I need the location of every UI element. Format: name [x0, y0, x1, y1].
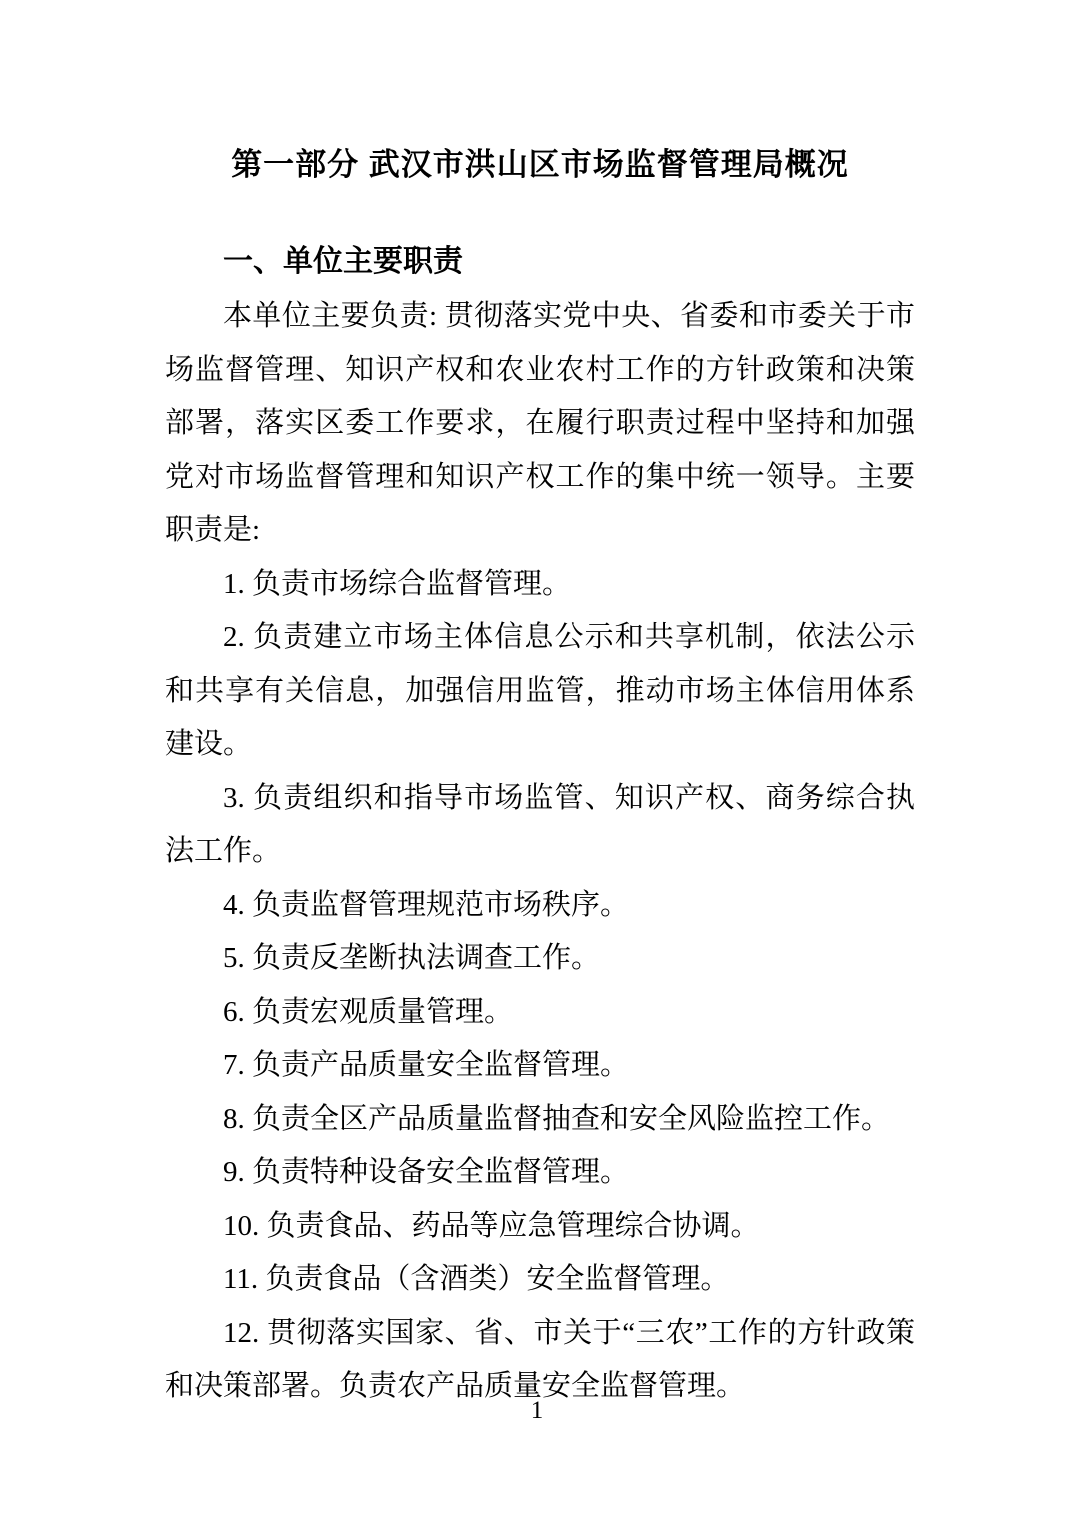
page-content: 第一部分 武汉市洪山区市场监督管理局概况 一、单位主要职责 本单位主要负责: 贯…	[165, 0, 915, 1414]
duty-item-6: 6. 负责宏观质量管理。	[165, 986, 915, 1040]
duty-item-7: 7. 负责产品质量安全监督管理。	[165, 1039, 915, 1093]
intro-paragraph: 本单位主要负责: 贯彻落实党中央、省委和市委关于市场监督管理、知识产权和农业农村…	[165, 290, 915, 558]
section-heading: 一、单位主要职责	[165, 242, 915, 282]
duty-item-2: 2. 负责建立市场主体信息公示和共享机制，依法公示和共享有关信息，加强信用监管，…	[165, 611, 915, 772]
duty-item-5: 5. 负责反垄断执法调查工作。	[165, 932, 915, 986]
duty-item-3: 3. 负责组织和指导市场监管、知识产权、商务综合执法工作。	[165, 772, 915, 879]
duty-item-9: 9. 负责特种设备安全监督管理。	[165, 1146, 915, 1200]
body-text: 本单位主要负责: 贯彻落实党中央、省委和市委关于市场监督管理、知识产权和农业农村…	[165, 290, 915, 1414]
duty-item-8: 8. 负责全区产品质量监督抽查和安全风险监控工作。	[165, 1093, 915, 1147]
document-page: 第一部分 武汉市洪山区市场监督管理局概况 一、单位主要职责 本单位主要负责: 贯…	[0, 0, 1074, 1520]
page-number: 1	[0, 1396, 1074, 1426]
document-title: 第一部分 武汉市洪山区市场监督管理局概况	[165, 0, 915, 188]
duty-item-10: 10. 负责食品、药品等应急管理综合协调。	[165, 1200, 915, 1254]
duty-item-11: 11. 负责食品（含酒类）安全监督管理。	[165, 1253, 915, 1307]
duty-item-1: 1. 负责市场综合监督管理。	[165, 558, 915, 612]
duty-item-4: 4. 负责监督管理规范市场秩序。	[165, 879, 915, 933]
